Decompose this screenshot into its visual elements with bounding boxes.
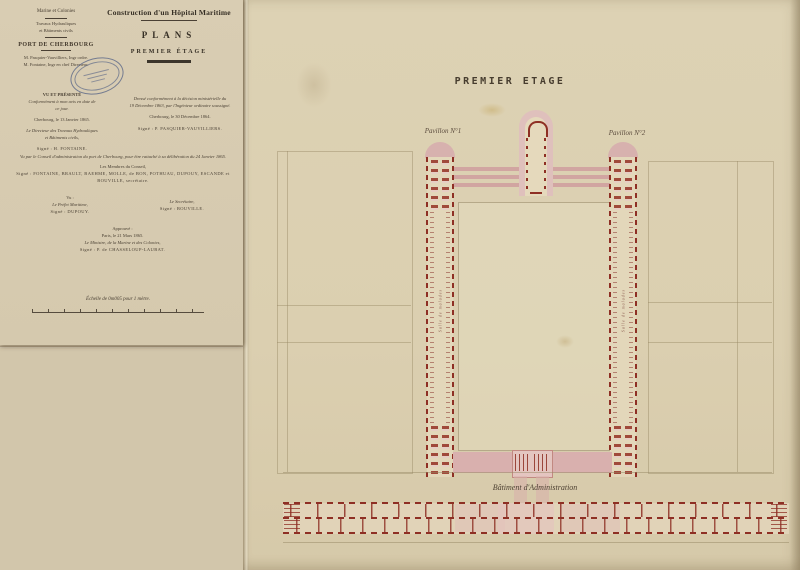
north-gallery-bar [453,183,519,187]
pavilion2-ward: Salle de malades [613,212,633,424]
vu-role2: et Bâtiments civils, [6,135,118,142]
scanned-archive-sheet: PREMIER ETAGE Pavillon N°1 Pavillon N°2 … [0,0,800,570]
admin-stair-west [284,504,300,532]
pavilion2-wall-west [609,157,611,477]
vu-line1: Conformément à mon avis en date de [6,99,118,106]
ward-label: Salle de malades [438,267,443,355]
vu-word: Vu : [20,195,120,202]
north-gallery-bar [553,175,611,179]
thick-divider [147,60,191,63]
admin-partitions-north-row [290,504,782,517]
admin-building-label: Bâtiment d'Administration [455,483,615,492]
bed-row [430,212,434,424]
divider [141,20,197,21]
vu-presente-block: VU ET PRÉSENTÉ Conformément à mon avis e… [6,92,118,153]
chapel-piers-left [526,138,528,190]
dresse-signature: Signé : P. PASQUIER-VAUVILLIERS. [120,126,240,133]
vu-role1: Le Directeur des Travaux Hydrauliques [6,128,118,135]
bed-row [446,212,450,424]
ministre-role: Le Ministre, de la Marine et des Colonie… [20,240,225,247]
pavilion1-service-rooms-north [430,159,450,211]
ward-label: Salle de malades [621,267,626,355]
admin-stair-east [771,504,787,532]
chapel-apse-arc [528,121,548,137]
vu-line2: ce jour. [6,106,118,113]
vu-heading: VU ET PRÉSENTÉ [6,92,118,99]
prefet-signature: Signé : DUPOUY. [20,209,120,216]
membres-heading: Les Membres du Conseil, [6,164,240,171]
dresse-date: Cherbourg, le 30 Décembre 1864. [120,114,240,121]
scale-block: Échelle de 0m005 pour 1 mètre. [32,296,204,313]
north-gallery-bar [553,183,611,187]
vu-date: Cherbourg, le 13 Janvier 1865. [6,117,118,124]
ministre-signature: Signé : P. de CHASSELOUP-LAUBAT. [20,247,225,254]
garden-plot-left [277,151,413,474]
admin-partitions-south-row [296,519,782,532]
dresse-line1: Dressé conformément à la décision minist… [120,96,240,103]
paper-stain [556,335,574,348]
ministry-label: Marine et Colonies [6,8,106,16]
prefet-role: Le Préfet Maritime, [20,202,120,209]
pencil-line [648,342,772,343]
north-gallery-bar [453,175,519,179]
vu-signature: Signé : H. FONTAINE. [6,146,118,153]
plans-heading: PLANS [98,30,240,40]
pencil-line [277,342,411,343]
admin-wall-south [283,532,789,534]
divider [45,18,67,19]
service-line1: Travaux Hydrauliques [6,21,106,28]
service-line2: et Bâtiments civils [6,28,106,35]
pavilion1-label: Pavillon N°1 [408,127,478,135]
dresse-block: Dressé conformément à la décision minist… [120,96,240,133]
pavilion1-wall-west [426,157,428,477]
garden-plot-right [648,161,774,474]
prefet-block: Vu : Le Préfet Maritime, Signé : DUPOUY. [20,195,120,216]
port-label: PORT DE CHERBOURG [6,42,106,48]
secretaire-role: Le Secrétaire, [132,199,232,206]
terrace-line [283,472,772,473]
secretaire-signature: Signé : BOUVILLE. [132,206,232,213]
paper-fold [243,0,249,570]
north-gallery-bar [453,167,519,171]
pencil-line [287,151,288,472]
divider [41,50,71,51]
pavilion2-label: Pavillon N°2 [592,129,662,137]
stair-flight [515,454,528,471]
plan-title: PREMIER ETAGE [440,76,580,87]
scale-label: Échelle de 0m005 pour 1 mètre. [32,296,204,304]
pavilion1-service-rooms-south [430,425,450,475]
approval-block: Approuvé : Paris, le 21 Mars 1865. Le Mi… [20,226,225,254]
paper-crease [0,346,243,348]
pavilion2-service-rooms-north [613,159,633,211]
pavilion1-ward: Salle de malades [430,212,450,424]
document-sheet: Marine et Colonies Travaux Hydrauliques … [0,0,243,345]
dresse-line2: 19 Décembre 1863, par l'Ingénieur ordina… [120,103,240,110]
pencil-line [737,161,738,472]
scale-ruler [32,307,204,313]
membres-signature: Signé : FONTAINE, BRAULT, BAEHME, MOLLE,… [6,171,240,185]
conseil-block: Vu par le Conseil d'administration du po… [6,154,240,185]
chapel-piers-right [544,138,546,190]
divider [45,37,67,38]
document-title: Construction d'un Hôpital Maritime [98,8,240,17]
courtyard [458,202,612,451]
bed-row [629,212,633,424]
paper-edge [790,0,800,570]
pavilion2-wall-east [635,157,637,477]
pavilion1-wall-east [452,157,454,477]
secretaire-block: Le Secrétaire, Signé : BOUVILLE. [132,199,232,213]
approuve-heading: Approuvé : [20,226,225,233]
paper-stain [478,103,506,117]
north-gallery-bar [553,167,611,171]
conseil-line: Vu par le Conseil d'administration du po… [6,154,240,161]
paper-stain [296,62,332,108]
chapel-threshold [530,192,542,194]
pavilion2-service-rooms-south [613,425,633,475]
pencil-line [277,305,411,306]
approuve-date: Paris, le 21 Mars 1865. [20,233,225,240]
stair-flight [534,454,547,471]
pencil-line [648,302,772,303]
bed-row [613,212,617,424]
terrace-line [283,542,789,543]
